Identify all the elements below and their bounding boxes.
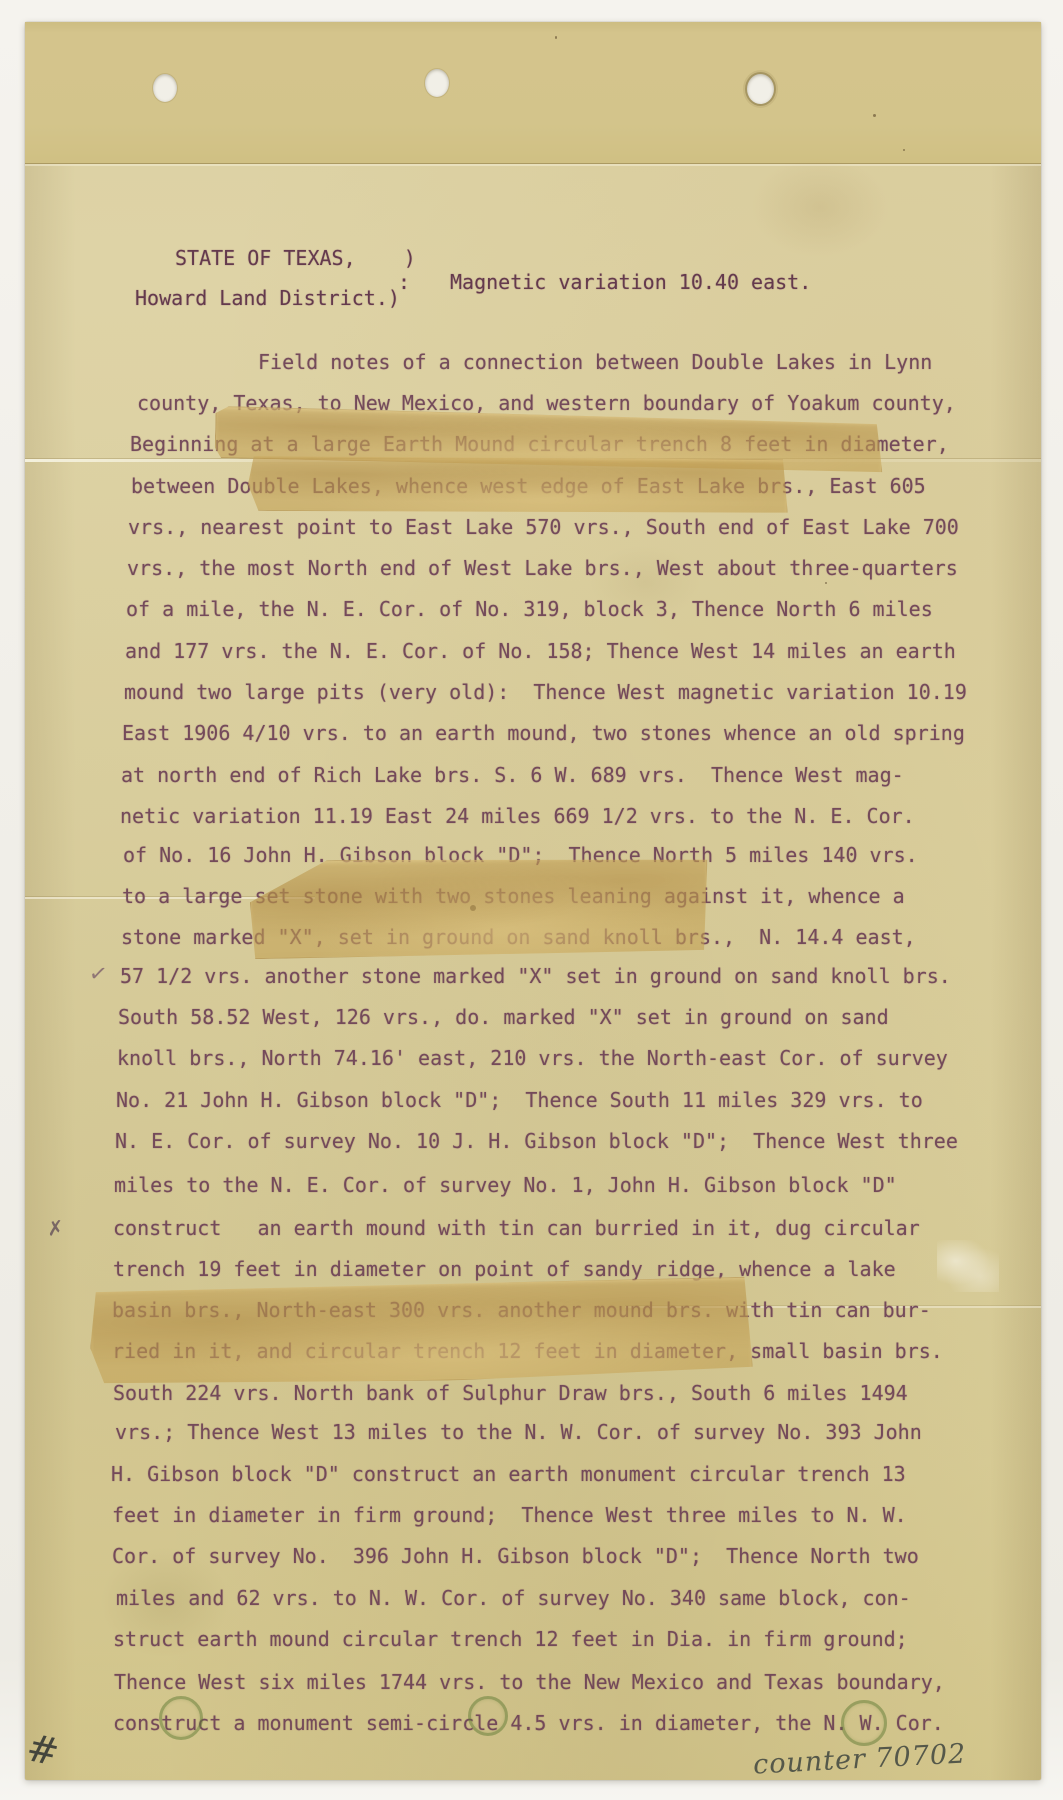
typed-line: Field notes of a connection between Doub… bbox=[258, 349, 932, 375]
ink-speck bbox=[555, 36, 557, 39]
typed-line: vrs., nearest point to East Lake 570 vrs… bbox=[128, 514, 959, 540]
paper-stain bbox=[745, 152, 895, 262]
ink-speck bbox=[903, 149, 905, 151]
stamp-ring bbox=[841, 1700, 887, 1746]
typed-line: vrs., the most North end of West Lake br… bbox=[127, 555, 958, 581]
typed-line: miles to the N. E. Cor. of survey No. 1,… bbox=[114, 1172, 897, 1198]
typed-line: trench 19 feet in diameter on point of s… bbox=[113, 1256, 896, 1282]
typed-line: construct an earth mound with tin can bu… bbox=[113, 1215, 920, 1241]
handwritten-hash-mark: # bbox=[23, 1725, 63, 1775]
typed-line: county, Texas, to New Mexico, and wester… bbox=[137, 390, 956, 416]
tape-strip-lower bbox=[89, 1277, 753, 1388]
typed-line: stone marked "X", set in ground on sand … bbox=[121, 924, 916, 950]
typed-line: between Double Lakes, whence west edge o… bbox=[131, 473, 926, 499]
typed-line: and 177 vrs. the N. E. Cor. of No. 158; … bbox=[125, 638, 956, 664]
typed-line: to a large set stone with two stones lea… bbox=[122, 883, 905, 909]
typed-line: South 58.52 West, 126 vrs., do. marked "… bbox=[118, 1004, 889, 1030]
handwritten-counter-note: counter 70702 bbox=[752, 1738, 967, 1780]
typed-line: 57 1/2 vrs. another stone marked "X" set… bbox=[120, 963, 951, 989]
stamp-ring bbox=[468, 1696, 508, 1736]
typed-line: No. 21 John H. Gibson block "D"; Thence … bbox=[116, 1087, 923, 1113]
typed-line: Beginning at a large Earth Mound circula… bbox=[130, 431, 949, 457]
typed-line: vrs.; Thence West 13 miles to the N. W. … bbox=[115, 1419, 922, 1445]
typed-line: struct earth mound circular trench 12 fe… bbox=[113, 1626, 908, 1652]
header-district-line: Howard Land District.) bbox=[135, 285, 400, 311]
typed-line: miles and 62 vrs. to N. W. Cor. of surve… bbox=[116, 1585, 911, 1611]
typed-line: of No. 16 John H. Gibson block "D"; Then… bbox=[123, 842, 918, 868]
typed-line: ried in it, and circular trench 12 feet … bbox=[112, 1338, 943, 1364]
typed-line: East 1906 4/10 vrs. to an earth mound, t… bbox=[122, 720, 965, 746]
punch-hole-right bbox=[747, 74, 774, 104]
scanned-page: STATE OF TEXAS, ) : Magnetic variation 1… bbox=[0, 0, 1063, 1800]
typed-line: at north end of Rich Lake brs. S. 6 W. 6… bbox=[121, 762, 904, 788]
paper-sheet: STATE OF TEXAS, ) : Magnetic variation 1… bbox=[25, 22, 1041, 1780]
typed-line: N. E. Cor. of survey No. 10 J. H. Gibson… bbox=[115, 1128, 958, 1154]
ink-speck bbox=[873, 114, 876, 117]
typed-line: mound two large pits (very old): Thence … bbox=[124, 679, 967, 705]
margin-check-mark: ✓ bbox=[87, 961, 109, 988]
header-state-line: STATE OF TEXAS, ) bbox=[175, 245, 416, 271]
punch-hole-center bbox=[425, 69, 449, 97]
typed-line: Cor. of survey No. 396 John H. Gibson bl… bbox=[112, 1543, 919, 1569]
typed-line: H. Gibson block "D" construct an earth m… bbox=[111, 1461, 906, 1487]
typed-line: basin brs., North-east 300 vrs. another … bbox=[112, 1297, 931, 1323]
typed-line: knoll brs., North 74.16' east, 210 vrs. … bbox=[117, 1045, 948, 1071]
ink-speck bbox=[825, 582, 827, 584]
stamp-ring bbox=[159, 1696, 203, 1740]
fold-crease bbox=[25, 459, 1041, 462]
margin-star-mark: ✗ bbox=[46, 1215, 65, 1241]
typed-line: of a mile, the N. E. Cor. of No. 319, bl… bbox=[126, 596, 933, 622]
punch-hole-left bbox=[153, 74, 177, 102]
typed-line: netic variation 11.19 East 24 miles 669 … bbox=[120, 803, 915, 829]
header-magnetic-note: Magnetic variation 10.40 east. bbox=[450, 269, 811, 295]
typed-line: feet in diameter in firm ground; Thence … bbox=[112, 1502, 907, 1528]
paper-top-band bbox=[25, 22, 1041, 164]
typed-line: construct a monument semi-circle 4.5 vrs… bbox=[113, 1710, 944, 1736]
typed-line: Thence West six miles 1744 vrs. to the N… bbox=[114, 1669, 945, 1695]
tear-mark bbox=[937, 1240, 999, 1292]
typed-line: South 224 vrs. North bank of Sulphur Dra… bbox=[113, 1380, 908, 1406]
